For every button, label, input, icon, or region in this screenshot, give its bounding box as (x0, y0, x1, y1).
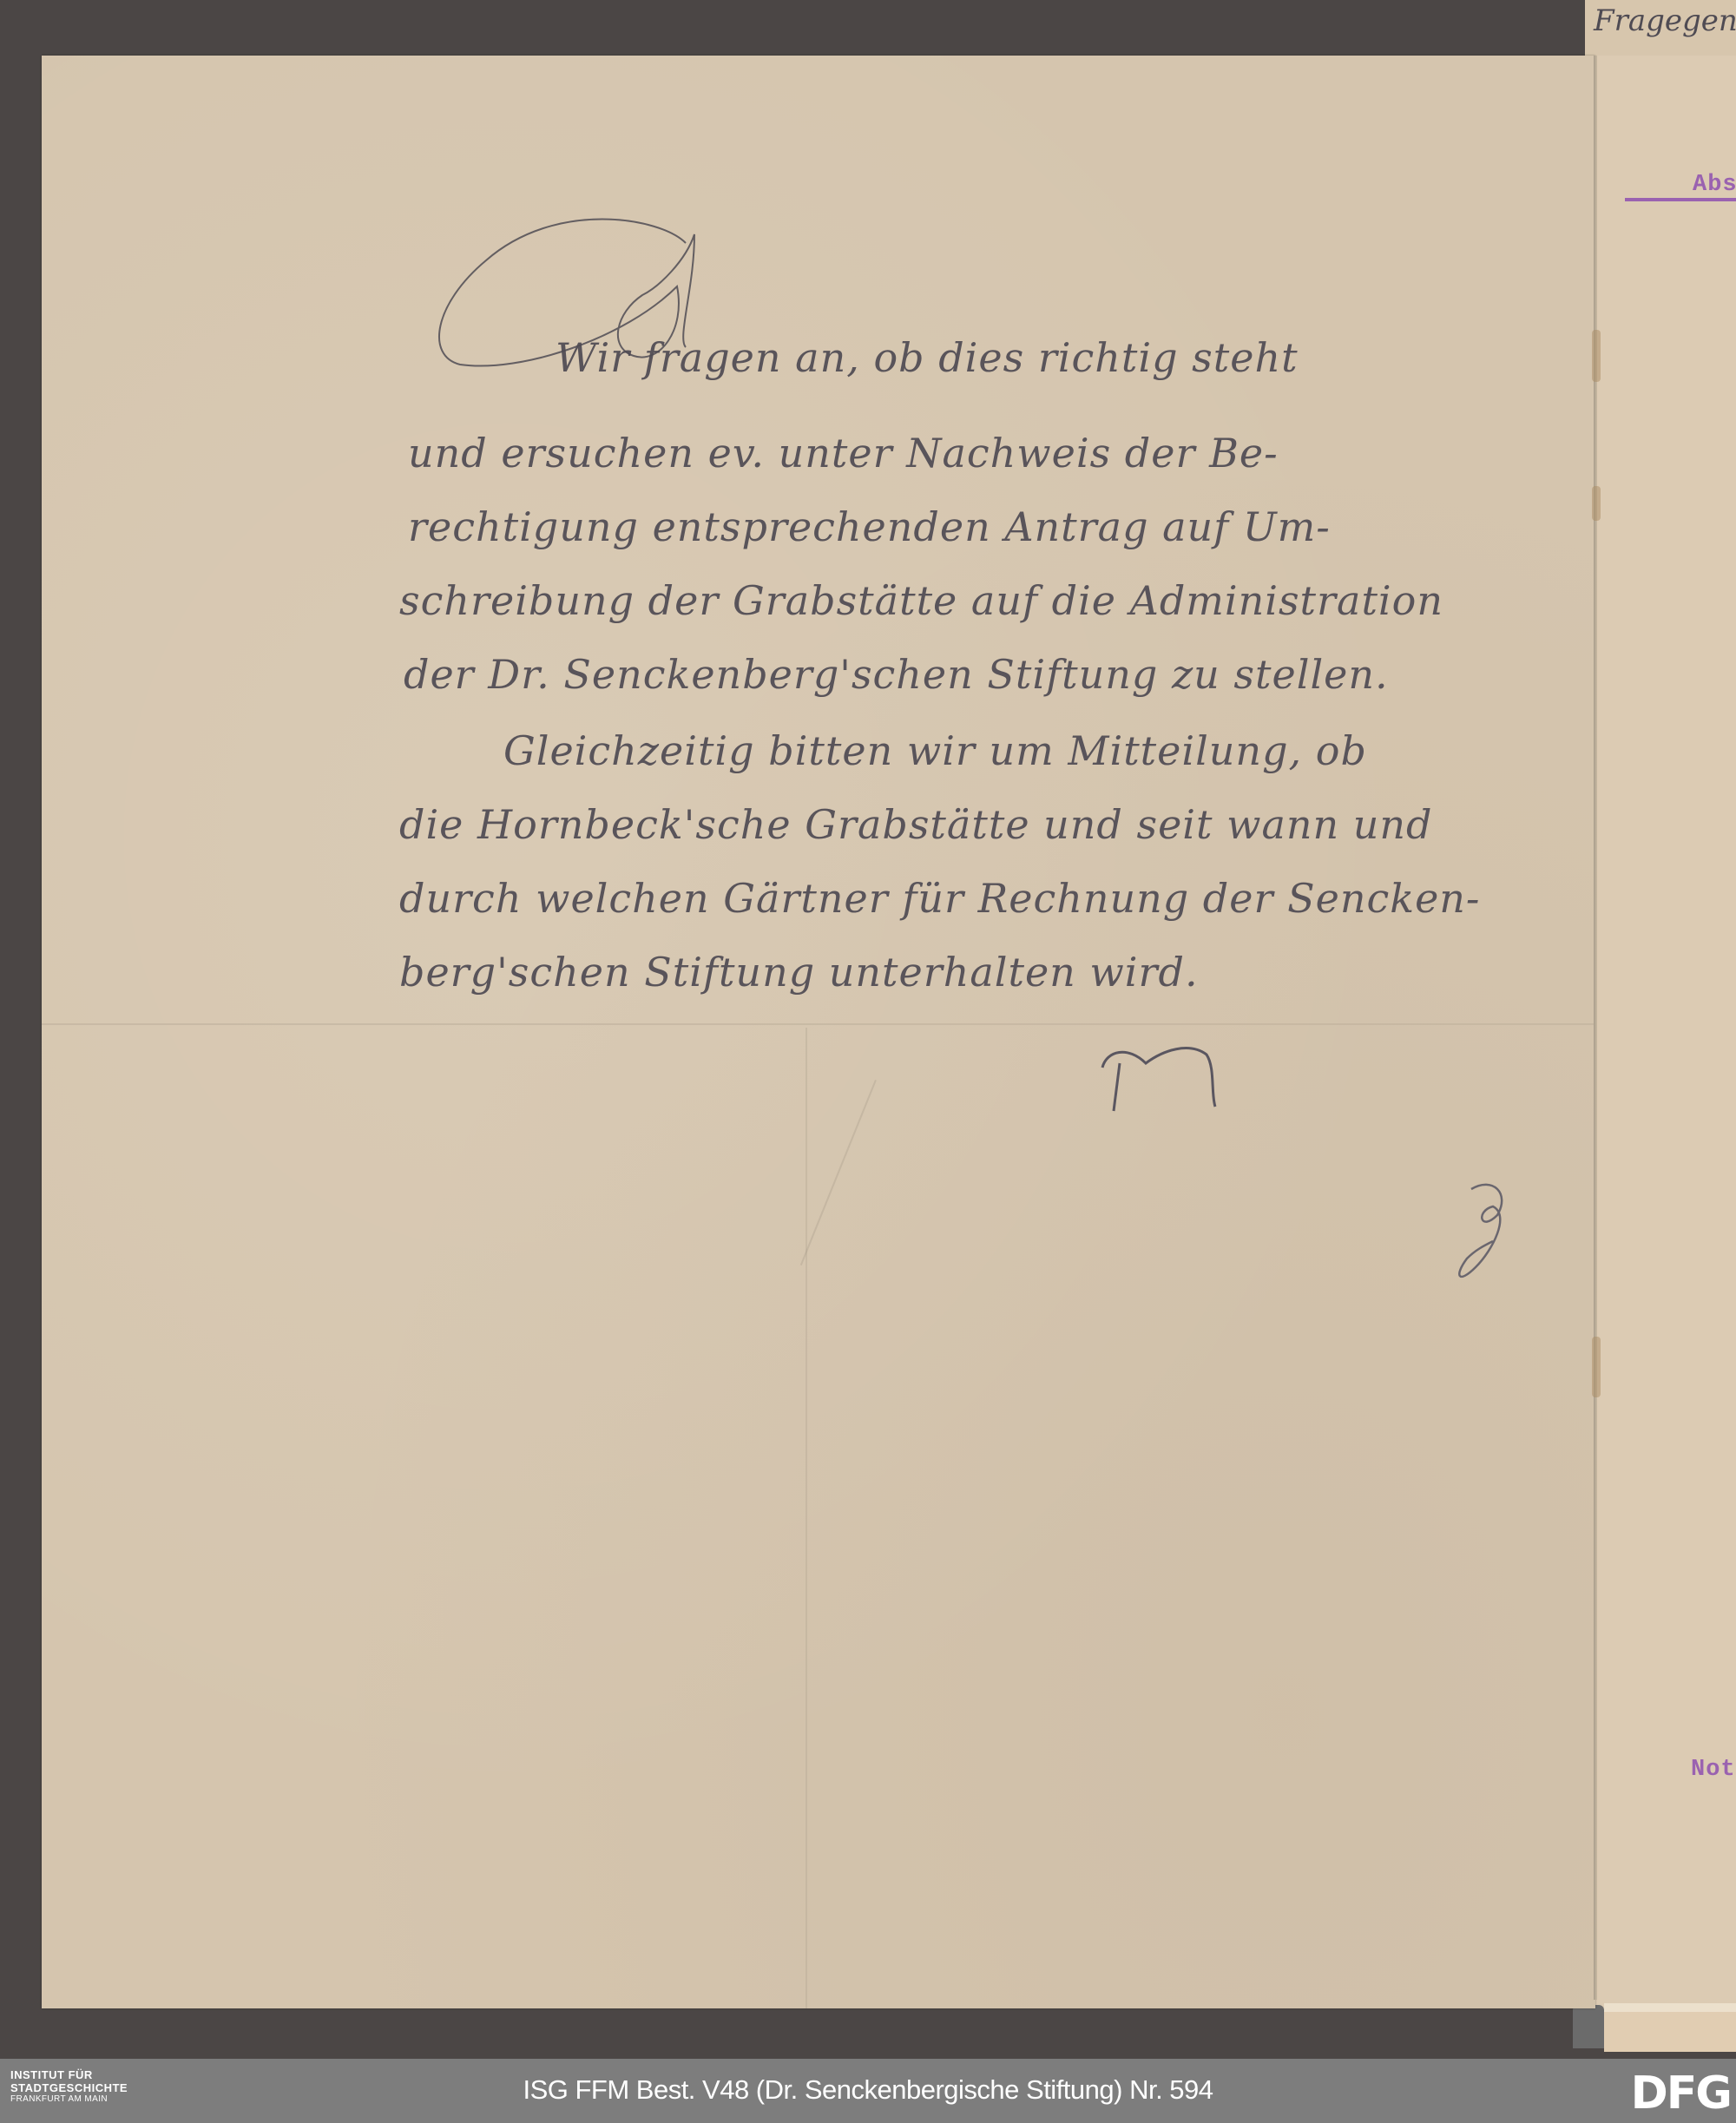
underlying-page-handwriting: Fragegen (1594, 3, 1736, 38)
horizontal-fold (42, 1023, 1595, 1025)
underlying-page-bottom-strip (1604, 2003, 1736, 2052)
stamp-underline (1625, 198, 1736, 201)
edge-stain (1592, 330, 1601, 382)
stamp-abschrift: Absch (1693, 172, 1736, 198)
stamp-notiz: Not (1691, 1757, 1736, 1783)
binding-thread (1573, 2005, 1604, 2048)
letter-page (42, 56, 1595, 2008)
archive-citation: ISG FFM Best. V48 (Dr. Senckenbergische … (0, 2074, 1736, 2106)
underlying-page (1595, 56, 1736, 2045)
archive-footer: INSTITUT FÜR STADTGESCHICHTE FRANKFURT A… (0, 2059, 1736, 2123)
diagonal-crease (800, 1080, 877, 1265)
vertical-fold (806, 1028, 807, 2008)
dfg-logo: DFG (1631, 2073, 1731, 2114)
edge-stain (1592, 486, 1601, 521)
edge-stain (1592, 1337, 1601, 1397)
